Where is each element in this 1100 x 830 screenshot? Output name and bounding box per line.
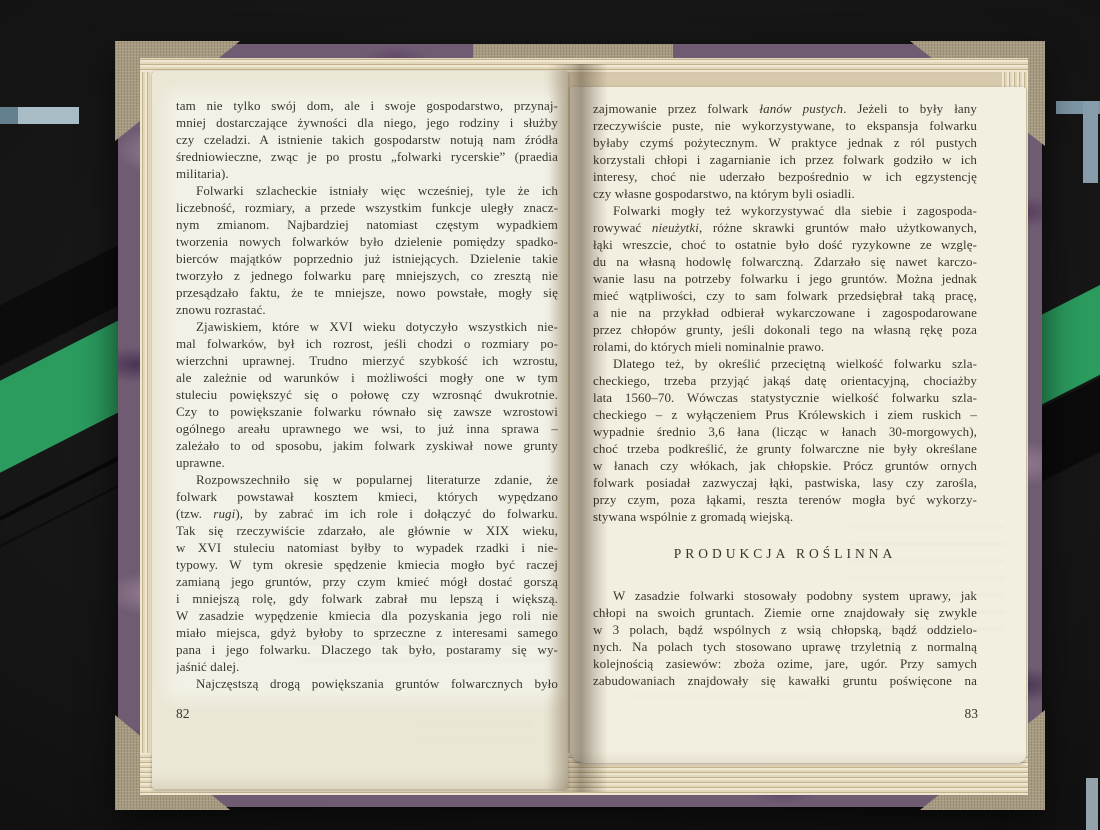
text-line: checkiego, trzeba przyjąć jakąś datę ori… bbox=[593, 372, 977, 389]
text-line: przesądzało faktu, że te mniejsze, nowo … bbox=[176, 284, 558, 301]
text-line: Zjawiskiem, które w XVI wieku dotyczyło … bbox=[176, 318, 558, 335]
text-line: przez chłopów grunty, jeśli dokonali teg… bbox=[593, 321, 977, 338]
text-line: Czy to powiększanie folwarku równało się… bbox=[176, 403, 558, 420]
text-line: rolami, do których mieli nominalnie praw… bbox=[593, 338, 977, 355]
text-line: mal folwarków, był ich rozrost, jeśli ch… bbox=[176, 335, 558, 352]
text-line: w 3 polach, bądź wspólnych z wsią chłops… bbox=[593, 621, 977, 638]
text-line: tworzyło z jednego folwarku parę mniejsz… bbox=[176, 267, 558, 284]
text-line: czy własne gospodarstwo, na którym byli … bbox=[593, 185, 977, 202]
text-line: folwark posiadał zazwyczaj łąki, pastwis… bbox=[593, 474, 977, 491]
background-gray-bar bbox=[1086, 778, 1098, 830]
paragraph: zajmowanie przez folwark łanów pustych. … bbox=[593, 100, 977, 202]
text-line: a nie na przykład odbierał wykarczowane … bbox=[593, 304, 977, 321]
left-page: tam nie tylko swój dom, ale i swoje gosp… bbox=[152, 71, 568, 789]
paragraph: Dlatego też, by określić przeciętną wiel… bbox=[593, 355, 977, 525]
book-photo: tam nie tylko swój dom, ale i swoje gosp… bbox=[0, 0, 1100, 830]
text-line: wanie lasu na potrzeby folwarku i jego g… bbox=[593, 270, 977, 287]
text-line: zajmowanie przez folwark łanów pustych. … bbox=[593, 100, 977, 117]
text-line: Najczęstszą drogą powiększania gruntów f… bbox=[176, 675, 558, 692]
text-line: du na własną hodowlę folwarczną. Zdarzał… bbox=[593, 253, 977, 270]
text-line: byłaby czymś pożytecznym. W praktyce jed… bbox=[593, 134, 977, 151]
text-line: czy czeladzi. A istnienie takich gospoda… bbox=[176, 131, 558, 148]
background-blue-bar bbox=[0, 107, 79, 124]
text-line: nym zmianom. Najbardziej natomiast częst… bbox=[176, 216, 558, 233]
book: tam nie tylko swój dom, ale i swoje gosp… bbox=[118, 44, 1042, 807]
text-line: jaśnić dalej. bbox=[176, 658, 558, 675]
text-line: znowu rozrastać. bbox=[176, 301, 558, 318]
text-line: przy czym, poza łąkami, reszta terenów m… bbox=[593, 491, 977, 508]
text-line: checkiego – z wyłączeniem Prus Królewski… bbox=[593, 406, 977, 423]
text-line: Dlatego też, by określić przeciętną wiel… bbox=[593, 355, 977, 372]
text-line: rzeczywiście puste, nie wykorzystywane, … bbox=[593, 117, 977, 134]
text-line: miało miejsca, gdyż byłoby to sprzeczne … bbox=[176, 624, 558, 641]
paragraph: Najczęstszą drogą powiększania gruntów f… bbox=[176, 675, 558, 692]
text-line: Tak się rzeczywiście zdarzało, ale główn… bbox=[176, 522, 558, 539]
paragraph: tam nie tylko swój dom, ale i swoje gosp… bbox=[176, 97, 558, 182]
text-line: (tzw. rugi), by zabrać im ich role i doł… bbox=[176, 505, 558, 522]
text-line: lata 1560–70. Wówczas statystycznie wiel… bbox=[593, 389, 977, 406]
text-line: mieć wątpliwości, czy to sam folwark prz… bbox=[593, 287, 977, 304]
page-number-left: 82 bbox=[176, 706, 190, 722]
paragraph: Rozpowszechniło się w popularnej literat… bbox=[176, 471, 558, 675]
text-line: ogólnego areału uprawnego we wsi, to już… bbox=[176, 420, 558, 437]
text-line: militaria). bbox=[176, 165, 558, 182]
text-line: liczebność, rozmiary, a przede wszystkim… bbox=[176, 199, 558, 216]
text-line: zamianą jego gruntów, przy czym kmieć mó… bbox=[176, 573, 558, 590]
text-line: wypadnie średnio 3,6 łana (licząc w łana… bbox=[593, 423, 977, 440]
page-edges-top bbox=[140, 58, 1028, 72]
text-line: stywana wspólnie z gromadą wiejską. bbox=[593, 508, 977, 525]
text-line: w XVI stuleciu natomiast byłby to wypade… bbox=[176, 539, 558, 556]
paragraph: Zjawiskiem, które w XVI wieku dotyczyło … bbox=[176, 318, 558, 471]
text-line: choć trzeba podkreślić, że grunty folwar… bbox=[593, 440, 977, 457]
text-line: pana i jego folwarku. Dlaczego tak było,… bbox=[176, 641, 558, 658]
text-line: zabudowaniach znajdowały się kawałki gru… bbox=[593, 672, 977, 689]
left-page-text: tam nie tylko swój dom, ale i swoje gosp… bbox=[176, 97, 558, 692]
text-line: W zasadzie wypędzenie kmiecia dla pozysk… bbox=[176, 607, 558, 624]
background-bracket-shape bbox=[1083, 101, 1098, 183]
section-heading: PRODUKCJA ROŚLINNA bbox=[593, 545, 977, 563]
paragraph: Folwarki mogły też wykorzystywać dla sie… bbox=[593, 202, 977, 355]
text-line: rowywać nieużytki, różne skrawki gruntów… bbox=[593, 219, 977, 236]
text-line: Folwarki szlacheckie istniały więc wcześ… bbox=[176, 182, 558, 199]
text-line: korzystali chłopi i zagarnianie ich prze… bbox=[593, 151, 977, 168]
text-line: tworzenia nowych folwarków było dzieleni… bbox=[176, 233, 558, 250]
text-line: kolejnością zasiewów: zboża ozime, jare,… bbox=[593, 655, 977, 672]
page-number-right: 83 bbox=[965, 706, 979, 722]
text-line: wierzchni uprawnej. Trudno mierzyć szybk… bbox=[176, 352, 558, 369]
paragraph: Folwarki szlacheckie istniały więc wcześ… bbox=[176, 182, 558, 318]
text-line: Rozpowszechniło się w popularnej literat… bbox=[176, 471, 558, 488]
text-line: średniowieczne, zwąc je po prostu „folwa… bbox=[176, 148, 558, 165]
page-bleedthrough bbox=[422, 716, 532, 742]
right-page: zajmowanie przez folwark łanów pustych. … bbox=[570, 87, 1026, 763]
text-line: interesy, choć nie uderzało bezpośrednio… bbox=[593, 168, 977, 185]
text-line: i mniejszą rolę, gdy folwark zabrał mu l… bbox=[176, 590, 558, 607]
text-line: zależało to od sposobu, jakim folwark zy… bbox=[176, 437, 558, 454]
text-line: w łanach czy włókach, jak chłopskie. Pró… bbox=[593, 457, 977, 474]
text-line: ale zależnie od warunków i możliwości mo… bbox=[176, 369, 558, 386]
text-line: mniej dostarczające żywności dla niego, … bbox=[176, 114, 558, 131]
text-line: stuleciu powiększyć się o połowę czy wzr… bbox=[176, 386, 558, 403]
text-line: uprawne. bbox=[176, 454, 558, 471]
text-line: łąki wreszcie, choć to ostatnie było doś… bbox=[593, 236, 977, 253]
text-line: Folwarki mogły też wykorzystywać dla sie… bbox=[593, 202, 977, 219]
text-line: nych. Na polach tych stosowano uprawę tr… bbox=[593, 638, 977, 655]
text-line: bierców majątków poprzednio już istnieją… bbox=[176, 250, 558, 267]
text-line: W zasadzie folwarki stosowały podobny sy… bbox=[593, 587, 977, 604]
text-line: tam nie tylko swój dom, ale i swoje gosp… bbox=[176, 97, 558, 114]
text-line: chłopi na swoich gruntach. Ziemie orne z… bbox=[593, 604, 977, 621]
paragraph: W zasadzie folwarki stosowały podobny sy… bbox=[593, 587, 977, 689]
text-line: typowy. W tym okresie spędzenie kmiecia … bbox=[176, 556, 558, 573]
right-page-text: zajmowanie przez folwark łanów pustych. … bbox=[593, 100, 977, 689]
text-line: folwark powstawał kosztem kmieci, któryc… bbox=[176, 488, 558, 505]
